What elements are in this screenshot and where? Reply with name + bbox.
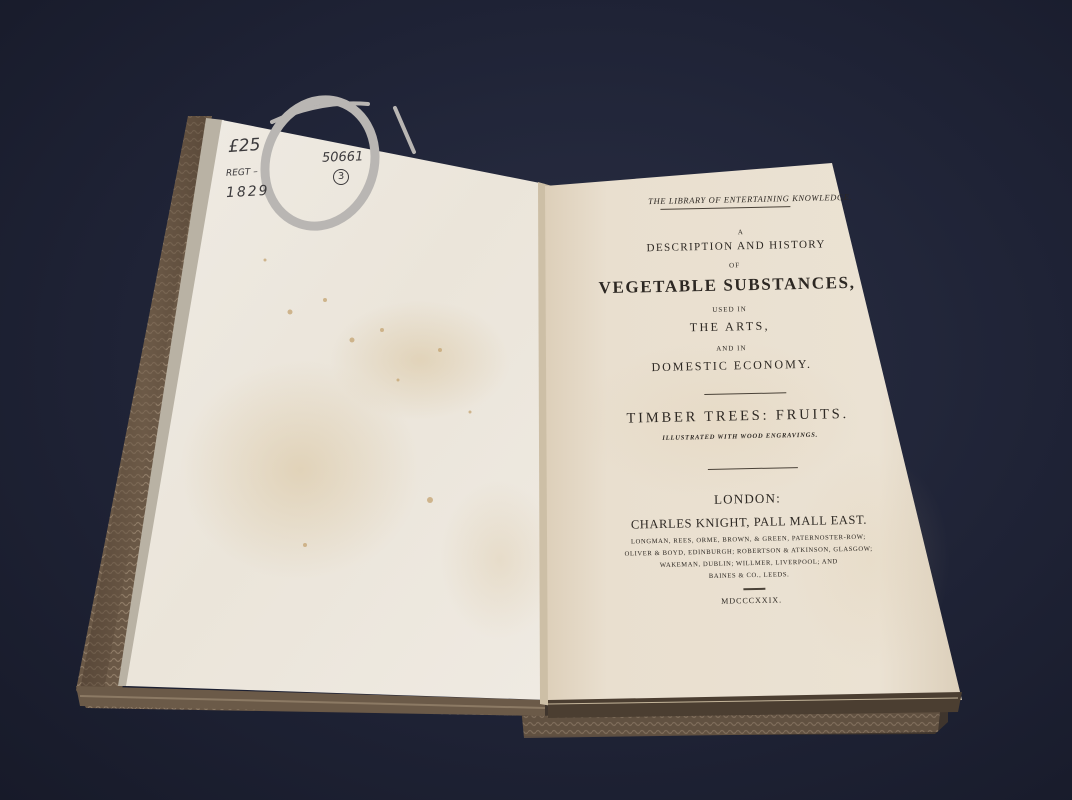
divider-rule [704,392,786,395]
used-in-line: USED IN [556,302,902,317]
of-line: OF [568,258,902,273]
main-title: VEGETABLE SUBSTANCES, [552,272,902,299]
description-line: DESCRIPTION AND HISTORY [571,237,901,256]
open-book [0,0,1072,800]
photo-scene: £25 REGT – 1829 50661 3 THE LIBRARY OF E… [0,0,1072,800]
series-title: THE LIBRARY OF ENTERTAINING KNOWLEDGE. [600,191,900,207]
volume-title: TIMBER TREES: FRUITS. [571,405,905,429]
divider-rule [708,467,798,470]
divider-rule [743,588,765,590]
accession-number: 50661 [322,149,364,165]
divider-rule [660,206,790,210]
and-in-line: AND IN [559,341,903,356]
note-text: REGT – [226,167,258,179]
year-note: 1829 [226,183,270,201]
arts-line: THE ARTS, [557,316,903,338]
publisher-line: CHARLES KNIGHT, PALL MALL EAST. [591,512,907,534]
economy-line: DOMESTIC ECONOMY. [560,355,904,377]
booksellers-list: LONGMAN, REES, ORME, BROWN, & GREEN, PAT… [589,531,908,586]
volume-number: 3 [333,169,349,185]
place-of-publication: LONDON: [588,488,906,511]
shelfmark-text: £25 [227,135,261,157]
illustrated-line: ILLUSTRATED WITH WOOD ENGRAVINGS. [575,430,905,444]
title-page: THE LIBRARY OF ENTERTAINING KNOWLEDGE. A… [560,183,909,609]
